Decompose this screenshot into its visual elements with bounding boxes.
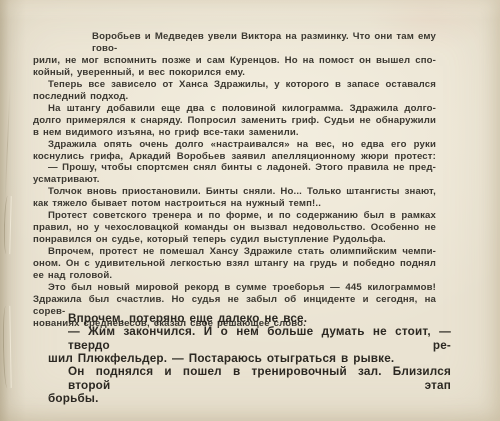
text-line: понравился он судье, который теперь суди… — [33, 234, 436, 246]
narrative-text-block: Впрочем, потеряно еще далеко не все.— Жи… — [48, 312, 451, 405]
text-line: долго примерялся к снаряду. Попросил зам… — [33, 115, 436, 127]
text-line: рили, не мог вспомнить позже и сам Курен… — [33, 55, 436, 67]
text-line: ее над головой. — [33, 270, 436, 282]
text-line: в нем видимого изъяна, но гриф все-таки … — [33, 127, 436, 139]
text-line: Он поднялся и пошел в тренировочный зал.… — [48, 365, 451, 392]
text-line: Воробьев и Медведев увели Виктора на раз… — [33, 31, 436, 55]
text-line: На штангу добавили еще два с половиной к… — [33, 103, 436, 115]
text-line: Здражила опять очень долго «настраивался… — [33, 139, 436, 151]
text-line: борьбы. — [48, 392, 451, 405]
page-crease — [4, 86, 10, 204]
text-line: — Прошу, чтобы спортсмен снял бинты с ла… — [33, 162, 436, 174]
page-gutter-shadow — [0, 0, 30, 421]
text-line: Впрочем, протест не помешал Хансу Здражи… — [33, 246, 436, 258]
text-line: коснулись грифа, Аркадий Воробьев заявил… — [33, 151, 436, 163]
text-line: Впрочем, потеряно еще далеко не все. — [48, 312, 451, 325]
binding-stitch — [2, 306, 10, 388]
text-line: Толчок вновь приостановили. Бинты сняли.… — [33, 186, 436, 198]
text-line: как тяжело бывает потом настроиться на н… — [33, 198, 436, 210]
text-line: койный, уверенный, и вес покорился ему. — [33, 67, 436, 79]
flashback-text-block: Воробьев и Медведев увели Виктора на раз… — [33, 31, 436, 330]
text-line: Это был новый мировой рекорд в сумме тро… — [33, 282, 436, 294]
text-line: правил, но у чехословацкой команды он вы… — [33, 222, 436, 234]
text-line: Протест советского тренера и по форме, и… — [33, 210, 436, 222]
book-page: Воробьев и Медведев увели Виктора на раз… — [0, 0, 500, 421]
text-line: Теперь все зависело от Ханса Здражилы, у… — [33, 79, 436, 91]
text-line: последний подход. — [33, 91, 436, 103]
binding-stitch — [3, 196, 11, 254]
text-line: шил Плюкфельдер. — Постараюсь отыграться… — [48, 352, 451, 365]
text-line: оном. Он с удивительной легкостью взял ш… — [33, 258, 436, 270]
text-line: усматривают. — [33, 174, 436, 186]
text-line: — Жим закончился. И о нем больше думать … — [48, 325, 451, 352]
